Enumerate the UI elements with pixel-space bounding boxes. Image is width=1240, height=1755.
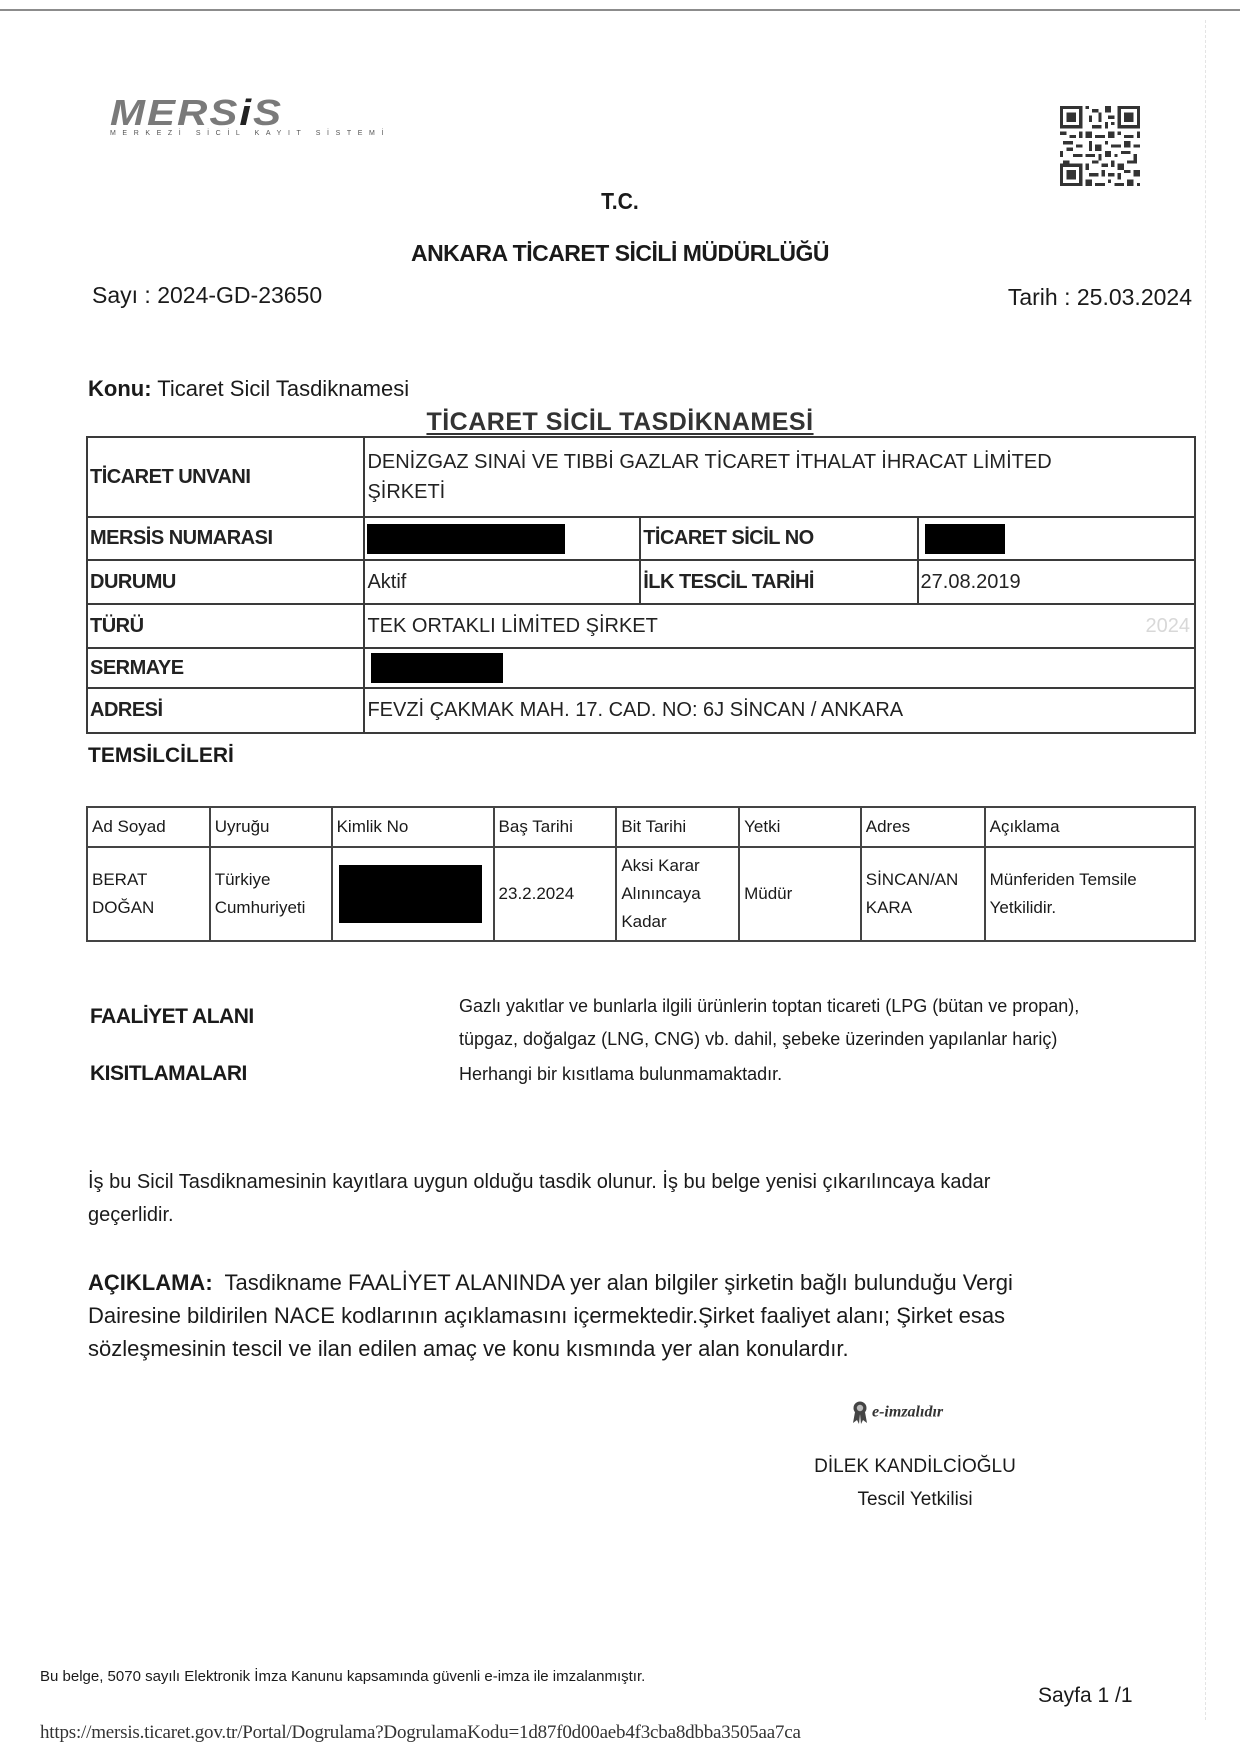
col-yetki: Yetki bbox=[739, 807, 861, 847]
certification-text: İş bu Sicil Tasdiknamesinin kayıtlara uy… bbox=[88, 1166, 1148, 1232]
scan-top-edge bbox=[0, 9, 1240, 11]
cell-line: Yetkilidir. bbox=[990, 894, 1190, 922]
col-adres: Adres bbox=[861, 807, 985, 847]
ticaret-unvani-value: DENİZGAZ SINAİ VE TIBBİ GAZLAR TİCARET İ… bbox=[364, 437, 1195, 517]
turu-text: TEK ORTAKLI LİMİTED ŞİRKET bbox=[367, 615, 657, 637]
explanation-line: sözleşmesinin tescil ve ilan edilen amaç… bbox=[88, 1332, 1158, 1365]
cell-yetki: Müdür bbox=[739, 847, 861, 941]
cell-adres: SİNCAN/AN KARA bbox=[861, 847, 985, 941]
representatives-heading: TEMSİLCİLERİ bbox=[88, 744, 234, 768]
col-uyrugu: Uyruğu bbox=[210, 807, 332, 847]
cell-line: Cumhuriyeti bbox=[215, 894, 327, 922]
cell-aciklama: Münferiden Temsile Yetkilidir. bbox=[985, 847, 1195, 941]
document-number: Sayı : 2024-GD-23650 bbox=[92, 282, 322, 309]
cell-kimlik-no bbox=[332, 847, 494, 941]
country-heading: T.C. bbox=[50, 188, 1191, 215]
cell-uyrugu: Türkiye Cumhuriyeti bbox=[210, 847, 332, 941]
subject-line: Konu: Ticaret Sicil Tasdiknamesi bbox=[88, 376, 409, 402]
cell-ad-soyad: BERAT DOĞAN bbox=[87, 847, 210, 941]
ilk-tescil-value: 27.08.2019 bbox=[918, 560, 1195, 604]
table-row: SERMAYE bbox=[87, 648, 1195, 688]
e-signature-badge: e-imzalıdır bbox=[852, 1401, 943, 1425]
cell-line: Aksi Karar bbox=[621, 852, 734, 880]
cell-bas-tarihi: 23.2.2024 bbox=[494, 847, 617, 941]
redaction-box bbox=[925, 524, 1005, 554]
durumu-label: DURUMU bbox=[87, 560, 364, 604]
cell-line: Alınıncaya bbox=[621, 880, 734, 908]
table-row: BERAT DOĞAN Türkiye Cumhuriyeti 23.2.202… bbox=[87, 847, 1195, 941]
faaliyet-line: tüpgaz, doğalgaz (LNG, CNG) vb. dahil, ş… bbox=[459, 1023, 1189, 1056]
turu-value: TEK ORTAKLI LİMİTED ŞİRKET 2024 bbox=[364, 604, 1195, 648]
ticaret-unvani-line2: ŞİRKETİ bbox=[367, 477, 1192, 507]
sermaye-label: SERMAYE bbox=[87, 648, 364, 688]
ticaret-unvani-line1: DENİZGAZ SINAİ VE TIBBİ GAZLAR TİCARET İ… bbox=[367, 447, 1192, 477]
mersis-label: MERSİS NUMARASI bbox=[87, 517, 364, 560]
table-header-row: Ad Soyad Uyruğu Kimlik No Baş Tarihi Bit… bbox=[87, 807, 1195, 847]
tarih-label: Tarih : bbox=[1008, 284, 1071, 310]
office-heading: ANKARA TİCARET SİCİLİ MÜDÜRLÜĞÜ bbox=[0, 240, 1240, 267]
table-row: TİCARET UNVANI DENİZGAZ SINAİ VE TIBBİ G… bbox=[87, 437, 1195, 517]
certification-line: geçerlidir. bbox=[88, 1199, 1148, 1232]
table-row: DURUMU Aktif İLK TESCİL TARİHİ 27.08.201… bbox=[87, 560, 1195, 604]
faaliyet-label: FAALİYET ALANI bbox=[90, 1005, 254, 1029]
sicil-no-value bbox=[918, 517, 1195, 560]
durumu-value: Aktif bbox=[364, 560, 640, 604]
scan-right-edge bbox=[1205, 20, 1207, 1720]
kisitlamalar-label: KISITLAMALARI bbox=[90, 1062, 247, 1086]
tarih-value: 25.03.2024 bbox=[1077, 284, 1192, 310]
sermaye-value bbox=[364, 648, 1195, 688]
subject-value: Ticaret Sicil Tasdiknamesi bbox=[157, 376, 409, 401]
logo-wordmark: MERSiS bbox=[110, 98, 372, 129]
certification-line: İş bu Sicil Tasdiknamesinin kayıtlara uy… bbox=[88, 1166, 1148, 1199]
company-info-table: TİCARET UNVANI DENİZGAZ SINAİ VE TIBBİ G… bbox=[86, 436, 1196, 734]
subject-label: Konu: bbox=[88, 376, 152, 401]
ilk-tescil-label: İLK TESCİL TARİHİ bbox=[640, 560, 917, 604]
award-ribbon-icon bbox=[852, 1401, 868, 1425]
document-date: Tarih : 25.03.2024 bbox=[1008, 284, 1192, 311]
mersis-value bbox=[364, 517, 640, 560]
cell-bit-tarihi: Aksi Karar Alınıncaya Kadar bbox=[616, 847, 739, 941]
sayi-value: 2024-GD-23650 bbox=[157, 282, 322, 308]
adresi-label: ADRESİ bbox=[87, 688, 364, 733]
cell-line: KARA bbox=[866, 894, 980, 922]
table-row: MERSİS NUMARASI TİCARET SİCİL NO bbox=[87, 517, 1195, 560]
sicil-no-label: TİCARET SİCİL NO bbox=[640, 517, 917, 560]
turu-label: TÜRÜ bbox=[87, 604, 364, 648]
table-row: ADRESİ FEVZİ ÇAKMAK MAH. 17. CAD. NO: 6J… bbox=[87, 688, 1195, 733]
signer-title: Tescil Yetkilisi bbox=[760, 1489, 1070, 1511]
col-bas-tarihi: Baş Tarihi bbox=[494, 807, 617, 847]
col-bit-tarihi: Bit Tarihi bbox=[616, 807, 739, 847]
adresi-value: FEVZİ ÇAKMAK MAH. 17. CAD. NO: 6J SİNCAN… bbox=[364, 688, 1195, 733]
col-kimlik-no: Kimlik No bbox=[332, 807, 494, 847]
cell-line: SİNCAN/AN bbox=[866, 866, 980, 894]
redaction-box bbox=[367, 524, 565, 554]
faaliyet-line: Gazlı yakıtlar ve bunlarla ilgili ürünle… bbox=[459, 990, 1189, 1023]
explanation-block: AÇIKLAMA: Tasdikname FAALİYET ALANINDA y… bbox=[88, 1266, 1158, 1365]
cell-line: Türkiye bbox=[215, 866, 327, 894]
cell-line: Münferiden Temsile bbox=[990, 866, 1190, 894]
verification-link[interactable]: https://mersis.ticaret.gov.tr/Portal/Dog… bbox=[40, 1722, 801, 1744]
faaliyet-value: Gazlı yakıtlar ve bunlarla ilgili ürünle… bbox=[459, 990, 1189, 1056]
representatives-table: Ad Soyad Uyruğu Kimlik No Baş Tarihi Bit… bbox=[86, 806, 1196, 942]
signer-name: DİLEK KANDİLCİOĞLU bbox=[760, 1456, 1070, 1478]
kisitlamalar-value: Herhangi bir kısıtlama bulunmamaktadır. bbox=[459, 1064, 782, 1085]
explanation-line: AÇIKLAMA: Tasdikname FAALİYET ALANINDA y… bbox=[88, 1266, 1158, 1299]
ticaret-unvani-label: TİCARET UNVANI bbox=[87, 437, 364, 517]
legal-note: Bu belge, 5070 sayılı Elektronik İmza Ka… bbox=[40, 1668, 645, 1685]
scan-watermark: 2024 bbox=[1146, 615, 1191, 638]
cell-line: BERAT bbox=[92, 866, 205, 894]
page-number: Sayfa 1 /1 bbox=[1038, 1684, 1133, 1708]
redaction-box bbox=[371, 653, 503, 683]
redaction-box bbox=[339, 865, 482, 923]
cell-line: Kadar bbox=[621, 908, 734, 936]
mersis-logo: MERSiS MERKEZİ SİCİL KAYIT SİSTEMİ bbox=[110, 98, 372, 137]
col-aciklama: Açıklama bbox=[985, 807, 1195, 847]
cell-line: DOĞAN bbox=[92, 894, 205, 922]
qr-code-icon bbox=[1060, 106, 1140, 186]
e-signature-text: e-imzalıdır bbox=[872, 1404, 943, 1421]
sayi-label: Sayı : bbox=[92, 282, 151, 308]
explanation-label: AÇIKLAMA: bbox=[88, 1270, 213, 1295]
col-ad-soyad: Ad Soyad bbox=[87, 807, 210, 847]
explanation-text: Tasdikname FAALİYET ALANINDA yer alan bi… bbox=[224, 1270, 1012, 1295]
explanation-line: Dairesine bildirilen NACE kodlarının açı… bbox=[88, 1299, 1158, 1332]
document-title: TİCARET SİCİL TASDİKNAMESİ bbox=[0, 408, 1240, 437]
table-row: TÜRÜ TEK ORTAKLI LİMİTED ŞİRKET 2024 bbox=[87, 604, 1195, 648]
